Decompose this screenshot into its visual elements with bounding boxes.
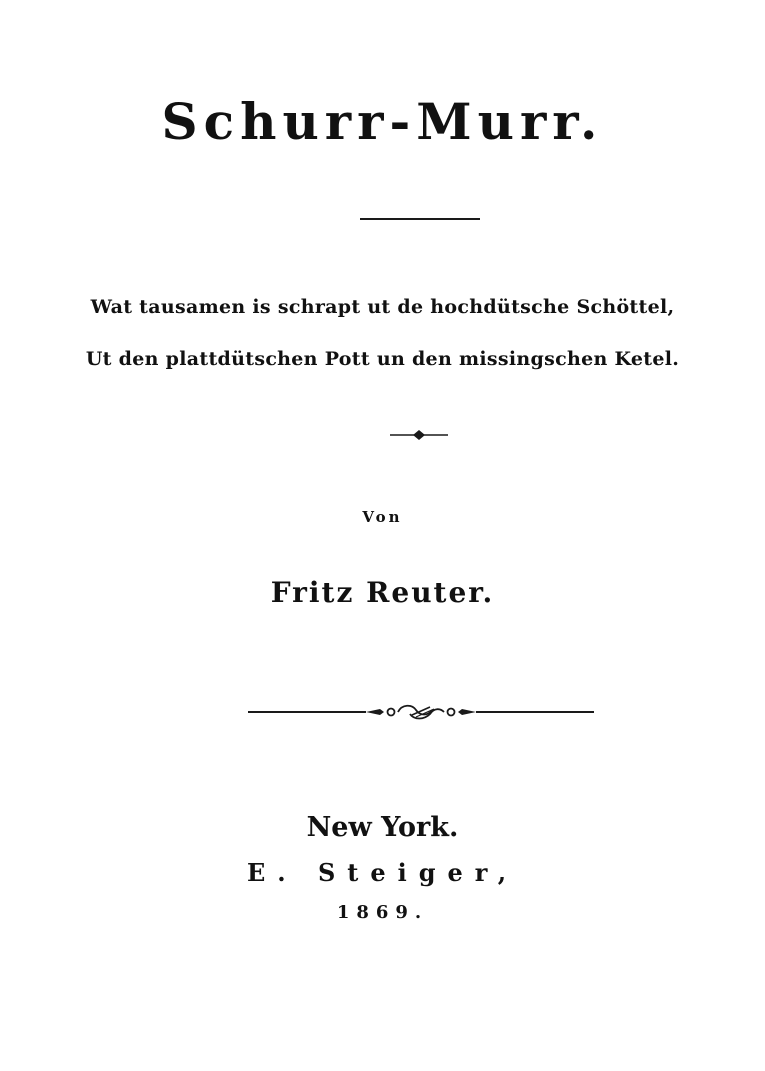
book-title: Schurr-Murr.: [0, 92, 765, 152]
publisher-name: E. Steiger,: [0, 858, 765, 888]
publication-place: New York.: [0, 812, 765, 844]
author-name: Fritz Reuter.: [0, 576, 765, 610]
ornamental-rule-icon: [248, 700, 594, 724]
motto-line-2: Ut den plattdütschen Pott un den missing…: [0, 347, 765, 371]
by-label: Von: [0, 508, 765, 526]
title-divider-rule: [360, 218, 480, 220]
motto-line-1: Wat tausamen is schrapt ut de hochdütsch…: [0, 295, 765, 319]
publication-year: 1869.: [0, 902, 765, 924]
diamond-divider-icon: [390, 428, 448, 442]
